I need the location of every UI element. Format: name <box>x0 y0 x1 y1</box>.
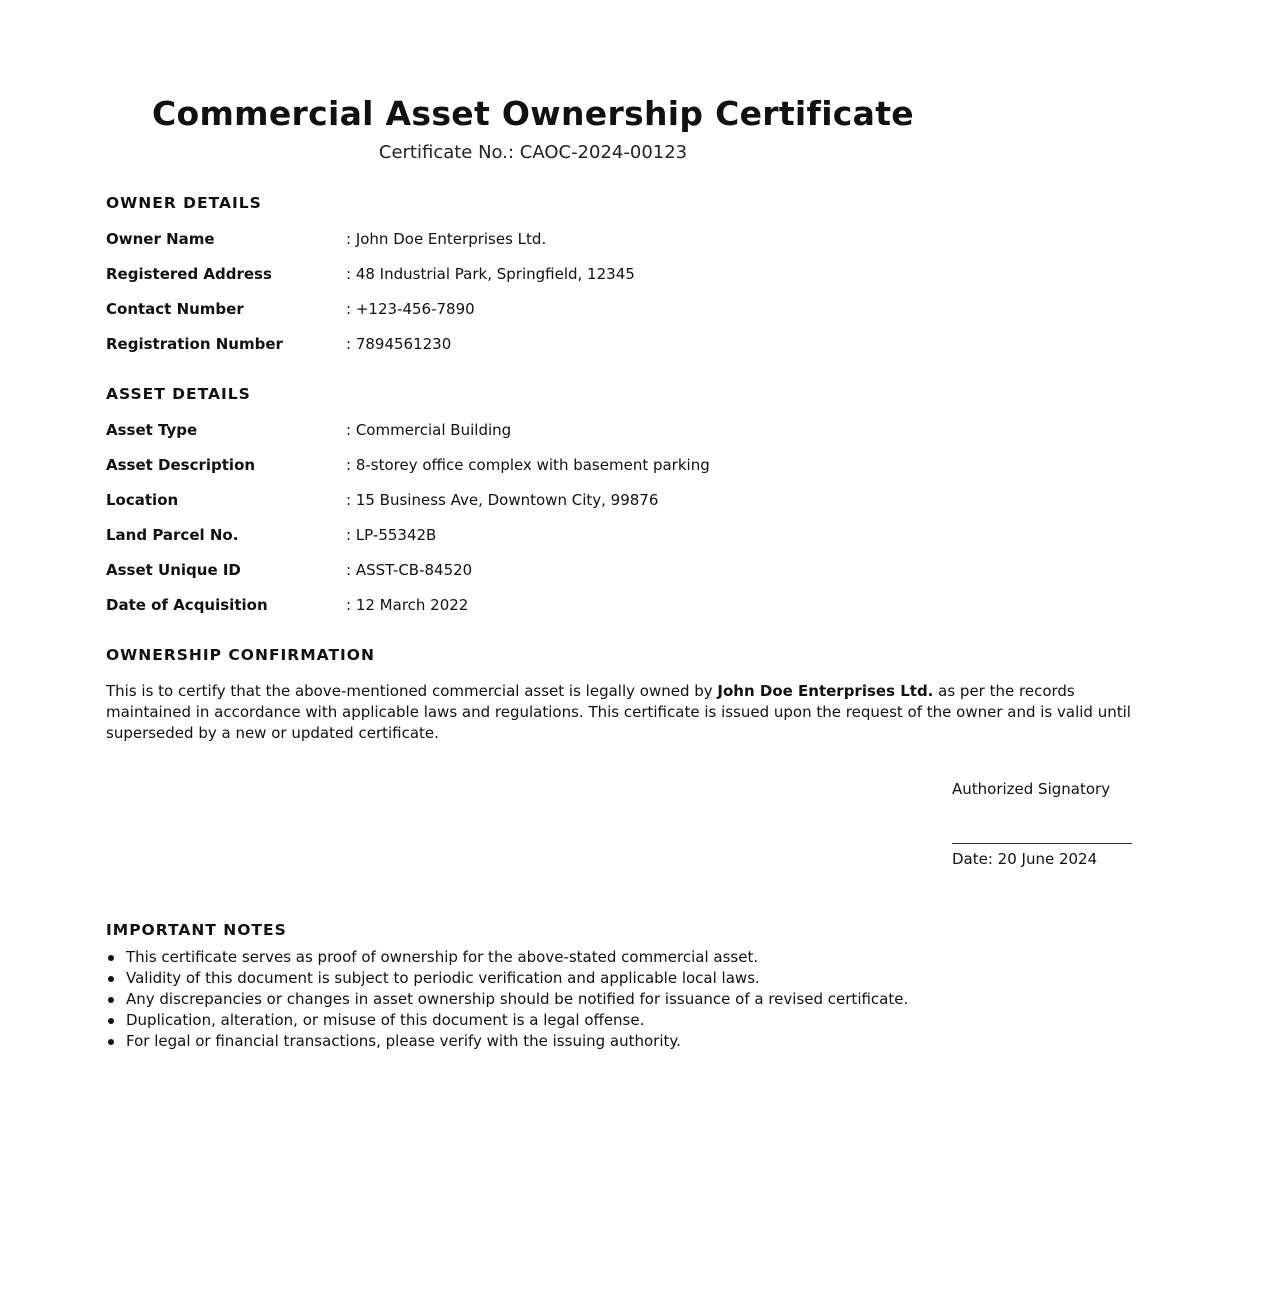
field-label: Location <box>106 491 346 509</box>
asset-unique-id-row: Asset Unique ID ASST-CB-84520 <box>106 561 1132 596</box>
note-text: Validity of this document is subject to … <box>126 968 760 989</box>
contact-number-row: Contact Number +123-456-7890 <box>106 300 1132 335</box>
asset-type-row: Asset Type Commercial Building <box>106 421 1132 456</box>
ownership-confirmation-text: This is to certify that the above-mentio… <box>106 681 1136 744</box>
field-label: Asset Type <box>106 421 346 439</box>
asset-type-value: Commercial Building <box>346 421 511 439</box>
bullet-icon <box>108 1039 114 1045</box>
signature-block: Authorized Signatory Date: 20 June 2024 <box>952 780 1132 868</box>
list-item: Validity of this document is subject to … <box>106 968 908 989</box>
bullet-icon <box>108 955 114 961</box>
ownership-confirmation-heading: OWNERSHIP CONFIRMATION <box>106 646 375 664</box>
location-value: 15 Business Ave, Downtown City, 99876 <box>346 491 658 509</box>
list-item: For legal or financial transactions, ple… <box>106 1031 908 1052</box>
bullet-icon <box>108 1018 114 1024</box>
date-of-acquisition-row: Date of Acquisition 12 March 2022 <box>106 596 1132 631</box>
note-text: Any discrepancies or changes in asset ow… <box>126 989 908 1010</box>
owner-name-value: John Doe Enterprises Ltd. <box>346 230 546 248</box>
asset-details-table: Asset Type Commercial Building Asset Des… <box>106 421 1132 631</box>
owner-name-row: Owner Name John Doe Enterprises Ltd. <box>106 230 1132 265</box>
note-text: Duplication, alteration, or misuse of th… <box>126 1010 644 1031</box>
certificate-title: Commercial Asset Ownership Certificate <box>0 94 1066 133</box>
land-parcel-row: Land Parcel No. LP-55342B <box>106 526 1132 561</box>
signature-date: Date: 20 June 2024 <box>952 850 1132 868</box>
important-notes-heading: IMPORTANT NOTES <box>106 921 287 939</box>
land-parcel-value: LP-55342B <box>346 526 436 544</box>
bullet-icon <box>108 976 114 982</box>
field-label: Date of Acquisition <box>106 596 346 614</box>
registered-address-value: 48 Industrial Park, Springfield, 12345 <box>346 265 635 283</box>
field-label: Asset Description <box>106 456 346 474</box>
owner-details-table: Owner Name John Doe Enterprises Ltd. Reg… <box>106 230 1132 370</box>
field-label: Asset Unique ID <box>106 561 346 579</box>
confirmation-owner-name: John Doe Enterprises Ltd. <box>717 682 933 700</box>
asset-details-heading: ASSET DETAILS <box>106 385 251 403</box>
field-label: Owner Name <box>106 230 346 248</box>
date-of-acquisition-value: 12 March 2022 <box>346 596 468 614</box>
field-label: Registered Address <box>106 265 346 283</box>
authorized-signatory-label: Authorized Signatory <box>952 780 1132 802</box>
signature-line <box>952 843 1132 844</box>
asset-description-value: 8-storey office complex with basement pa… <box>346 456 710 474</box>
registered-address-row: Registered Address 48 Industrial Park, S… <box>106 265 1132 300</box>
list-item: Duplication, alteration, or misuse of th… <box>106 1010 908 1031</box>
list-item: Any discrepancies or changes in asset ow… <box>106 989 908 1010</box>
note-text: For legal or financial transactions, ple… <box>126 1031 681 1052</box>
owner-details-heading: OWNER DETAILS <box>106 194 262 212</box>
important-notes-list: This certificate serves as proof of owne… <box>106 947 908 1052</box>
registration-number-value: 7894561230 <box>346 335 451 353</box>
bullet-icon <box>108 997 114 1003</box>
field-label: Contact Number <box>106 300 346 318</box>
location-row: Location 15 Business Ave, Downtown City,… <box>106 491 1132 526</box>
field-label: Registration Number <box>106 335 346 353</box>
list-item: This certificate serves as proof of owne… <box>106 947 908 968</box>
confirmation-text-before: This is to certify that the above-mentio… <box>106 682 717 700</box>
field-label: Land Parcel No. <box>106 526 346 544</box>
asset-description-row: Asset Description 8-storey office comple… <box>106 456 1132 491</box>
certificate-number: Certificate No.: CAOC-2024-00123 <box>0 142 1066 163</box>
note-text: This certificate serves as proof of owne… <box>126 947 758 968</box>
registration-number-row: Registration Number 7894561230 <box>106 335 1132 370</box>
contact-number-value: +123-456-7890 <box>346 300 475 318</box>
asset-unique-id-value: ASST-CB-84520 <box>346 561 472 579</box>
